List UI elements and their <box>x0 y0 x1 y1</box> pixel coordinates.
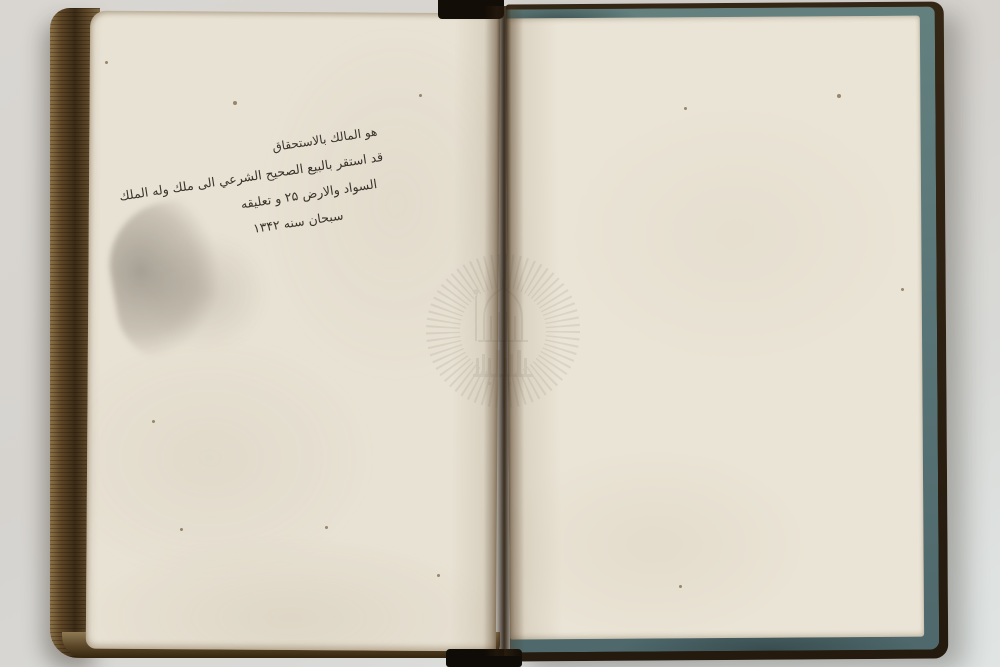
manuscript-photo: هو المالك بالاستحقاق قد استقر بالبيع الص… <box>0 0 1000 667</box>
gutter-shadow <box>484 6 524 656</box>
foxing-speck <box>152 420 155 423</box>
foxing-speck <box>233 101 237 105</box>
foxing-speck <box>837 94 841 98</box>
foxing-speck <box>679 585 682 588</box>
foxing-speck <box>325 526 328 529</box>
foxing-speck <box>419 94 422 97</box>
foxing-speck <box>105 61 108 64</box>
foxing-speck <box>180 528 183 531</box>
ownership-inscription: هو المالك بالاستحقاق قد استقر بالبيع الص… <box>174 125 393 257</box>
foxing-speck <box>684 107 687 110</box>
foxing-speck <box>437 574 440 577</box>
foxing-speck <box>901 288 904 291</box>
